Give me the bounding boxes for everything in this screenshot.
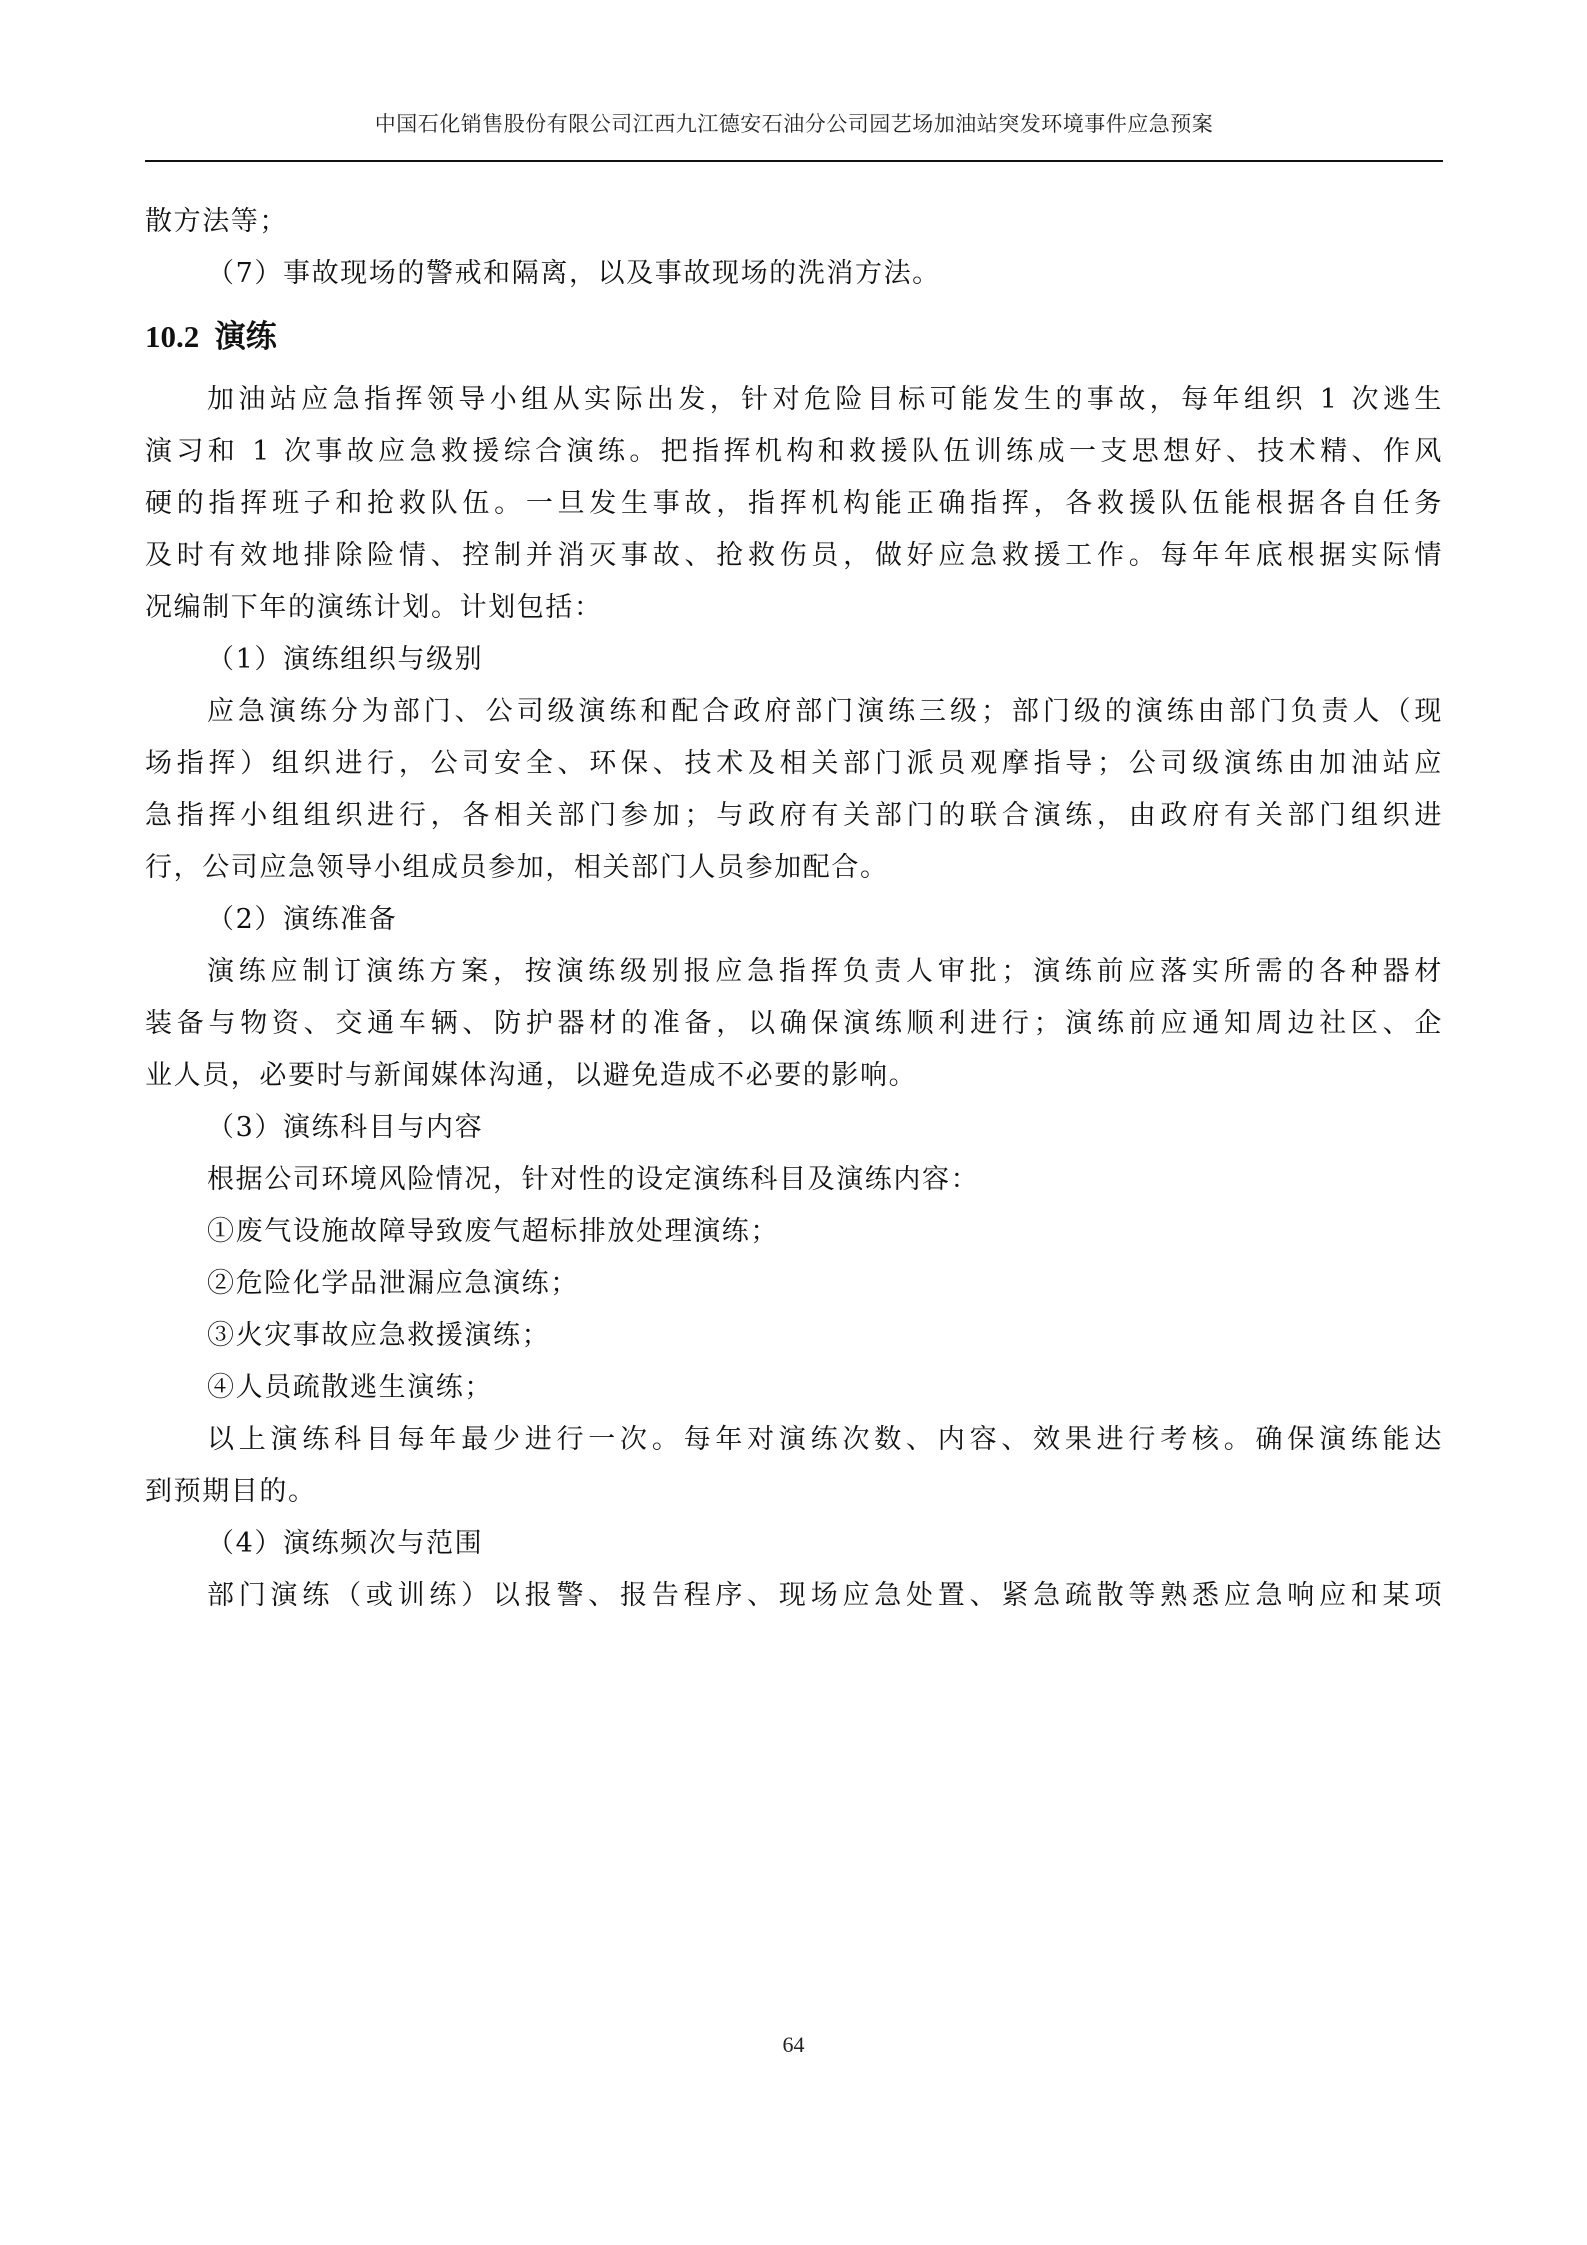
page-number: 64	[0, 2032, 1587, 2058]
paragraph-line: 到预期目的。	[145, 1466, 1443, 1518]
paragraph-line: 以上演练科目每年最少进行一次。每年对演练次数、内容、效果进行考核。确保演练能达	[145, 1414, 1443, 1466]
paragraph-line: （3）演练科目与内容	[145, 1102, 1443, 1154]
paragraph-line: 况编制下年的演练计划。计划包括：	[145, 582, 1443, 634]
paragraph-line: （4）演练频次与范围	[145, 1518, 1443, 1570]
paragraph-line: 部门演练（或训练）以报警、报告程序、现场应急处置、紧急疏散等熟悉应急响应和某项	[145, 1570, 1443, 1622]
paragraph-line: 业人员，必要时与新闻媒体沟通，以避免造成不必要的影响。	[145, 1050, 1443, 1102]
paragraph-line: 装备与物资、交通车辆、防护器材的准备，以确保演练顺利进行；演练前应通知周边社区、…	[145, 998, 1443, 1050]
paragraph-line: 及时有效地排除险情、控制并消灭事故、抢救伤员，做好应急救援工作。每年年底根据实际…	[145, 530, 1443, 582]
paragraph-line: 急指挥小组组织进行，各相关部门参加；与政府有关部门的联合演练，由政府有关部门组织…	[145, 790, 1443, 842]
section-number: 10.2	[145, 319, 199, 354]
paragraph-line: ①废气设施故障导致废气超标排放处理演练；	[145, 1206, 1443, 1258]
paragraph-line: （1）演练组织与级别	[145, 634, 1443, 686]
paragraph-line: ③火灾事故应急救援演练；	[145, 1310, 1443, 1362]
paragraph-line: ②危险化学品泄漏应急演练；	[145, 1258, 1443, 1310]
paragraph-line: （2）演练准备	[145, 894, 1443, 946]
document-body: 散方法等； （7）事故现场的警戒和隔离，以及事故现场的洗消方法。 10.2 演练…	[145, 196, 1443, 1622]
paragraph-line: 行，公司应急领导小组成员参加，相关部门人员参加配合。	[145, 842, 1443, 894]
page-header: 中国石化销售股份有限公司江西九江德安石油分公司园艺场加油站突发环境事件应急预案	[145, 108, 1443, 138]
list-item-7: （7）事故现场的警戒和隔离，以及事故现场的洗消方法。	[145, 248, 1443, 300]
paragraph-line: 根据公司环境风险情况，针对性的设定演练科目及演练内容：	[145, 1154, 1443, 1206]
paragraph-line: 场指挥）组织进行，公司安全、环保、技术及相关部门派员观摩指导；公司级演练由加油站…	[145, 738, 1443, 790]
header-divider	[145, 160, 1443, 162]
paragraph-line: 演练应制订演练方案，按演练级别报应急指挥负责人审批；演练前应落实所需的各种器材	[145, 946, 1443, 998]
paragraph-line: 加油站应急指挥领导小组从实际出发，针对危险目标可能发生的事故，每年组织 1 次逃…	[145, 374, 1443, 426]
paragraph-line: 应急演练分为部门、公司级演练和配合政府部门演练三级；部门级的演练由部门负责人（现	[145, 686, 1443, 738]
paragraph-line: 硬的指挥班子和抢救队伍。一旦发生事故，指挥机构能正确指挥，各救援队伍能根据各自任…	[145, 478, 1443, 530]
section-heading: 10.2 演练	[145, 306, 1443, 368]
section-title: 演练	[215, 319, 277, 354]
paragraph-line: 演习和 1 次事故应急救援综合演练。把指挥机构和救援队伍训练成一支思想好、技术精…	[145, 426, 1443, 478]
paragraph-line: ④人员疏散逃生演练；	[145, 1362, 1443, 1414]
paragraph-list: 加油站应急指挥领导小组从实际出发，针对危险目标可能发生的事故，每年组织 1 次逃…	[145, 374, 1443, 1622]
text-line: 散方法等；	[145, 196, 1443, 248]
